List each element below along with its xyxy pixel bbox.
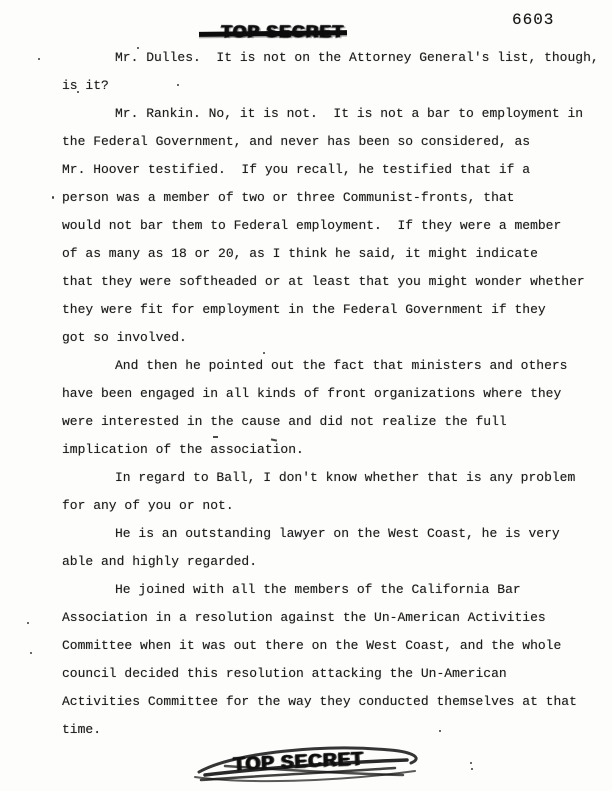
- scan-speck: [38, 58, 40, 60]
- scribble-strikeout: [185, 742, 435, 790]
- text-line: Committee when it was out there on the W…: [62, 632, 607, 660]
- text-line: council decided this resolution attackin…: [62, 660, 607, 688]
- scan-speck: [77, 91, 79, 93]
- text-line: In regard to Ball, I don't know whether …: [62, 464, 607, 492]
- text-line: got so involved.: [62, 324, 607, 352]
- text-line: is it?: [62, 72, 607, 100]
- scan-speck: [52, 196, 54, 199]
- text-line: have been engaged in all kinds of front …: [62, 380, 607, 408]
- document-body: Mr. Dulles. It is not on the Attorney Ge…: [62, 44, 607, 744]
- scanned-document-page: TOP SECRET 6603 Mr. Dulles. It is not on…: [0, 0, 612, 791]
- scan-speck: [439, 730, 441, 732]
- scan-speck: [177, 84, 179, 86]
- scan-speck: [471, 768, 473, 770]
- text-line: And then he pointed out the fact that mi…: [62, 352, 607, 380]
- text-line: able and highly regarded.: [62, 548, 607, 576]
- text-line: would not bar them to Federal employment…: [62, 212, 607, 240]
- text-line: that they were softheaded or at least th…: [62, 268, 607, 296]
- text-line: Mr. Hoover testified. If you recall, he …: [62, 156, 607, 184]
- scan-speck: [263, 352, 265, 354]
- text-line: were interested in the cause and did not…: [62, 408, 607, 436]
- bottom-stamp-area: TOP SECRET: [185, 742, 435, 790]
- text-line: for any of you or not.: [62, 492, 607, 520]
- scan-speck: [137, 47, 139, 49]
- text-line: they were fit for employment in the Fede…: [62, 296, 607, 324]
- text-line: person was a member of two or three Comm…: [62, 184, 607, 212]
- scan-speck: [30, 652, 32, 654]
- text-line: He is an outstanding lawyer on the West …: [62, 520, 607, 548]
- text-line: of as many as 18 or 20, as I think he sa…: [62, 240, 607, 268]
- text-line: Activities Committee for the way they co…: [62, 688, 607, 716]
- text-line: He joined with all the members of the Ca…: [62, 576, 607, 604]
- text-line: time.: [62, 716, 607, 744]
- text-line: implication of the association.: [62, 436, 607, 464]
- text-line: Association in a resolution against the …: [62, 604, 607, 632]
- scan-speck: [27, 622, 29, 624]
- text-line: the Federal Government, and never has be…: [62, 128, 607, 156]
- text-line: Mr. Dulles. It is not on the Attorney Ge…: [62, 44, 607, 72]
- scan-mark: [213, 436, 218, 438]
- text-line: Mr. Rankin. No, it is not. It is not a b…: [62, 100, 607, 128]
- page-number: 6603: [512, 11, 554, 29]
- scan-speck: [470, 762, 472, 764]
